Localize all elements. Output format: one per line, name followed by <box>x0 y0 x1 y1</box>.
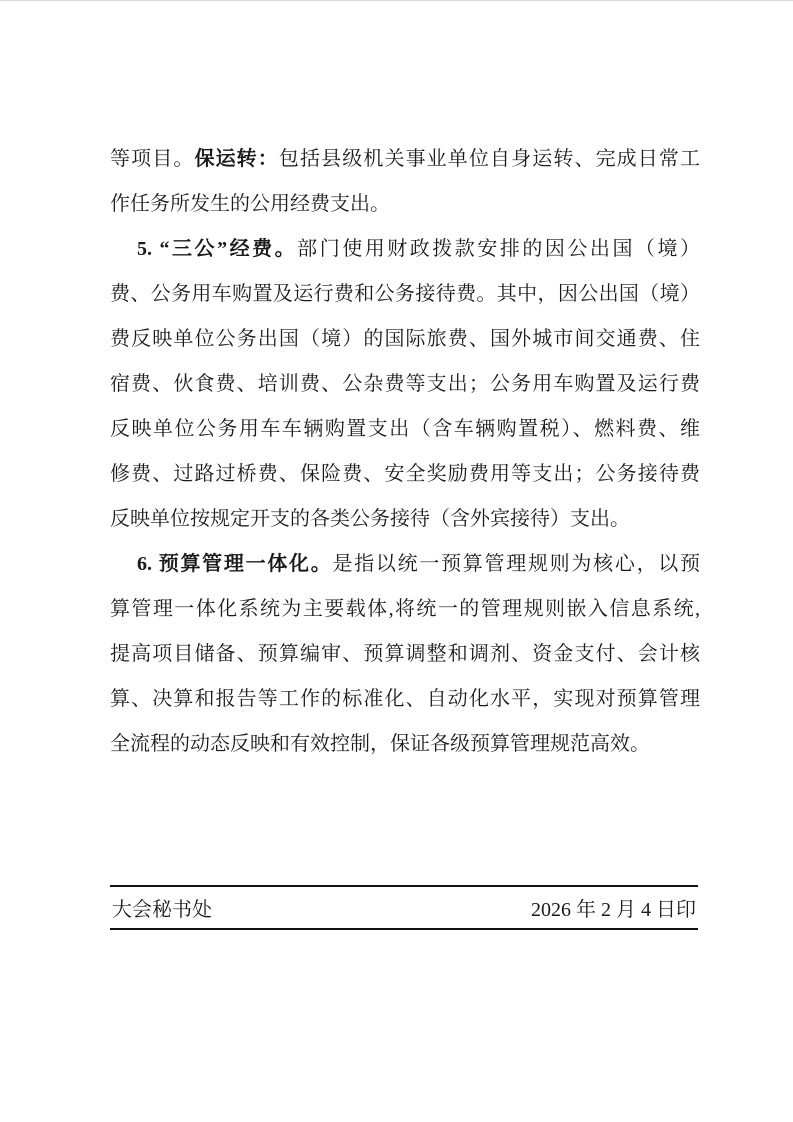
text-run: 全流程的动态反映和有效控制，保证各级预算管理规范高效。 <box>110 733 650 755</box>
paragraph-yusuan-yitihua: 6. 预算管理一体化。是指以统一预算管理规则为核心，以预 算管理一体化系统为主要… <box>110 542 700 767</box>
paragraph-sangong-jingfei: 5. “三公”经费。部门使用财政拨款安排的因公出国（境） 费、公务用车购置及运行… <box>110 227 700 542</box>
text-run: 作任务所发生的公用经费支出。 <box>110 193 390 215</box>
text-line: 作任务所发生的公用经费支出。 <box>110 182 700 227</box>
paragraph-baoyunzhuan: 等项目。保运转：包括县级机关事业单位自身运转、完成日常工 作任务所发生的公用经费… <box>110 137 700 227</box>
text-run: 包括县级机关事业单位自身运转、完成日常工 <box>279 148 700 170</box>
text-line: 宿费、伙食费、培训费、公杂费等支出；公务用车购置及运行费 <box>110 362 700 407</box>
footer-issuer: 大会秘书处 <box>112 893 212 922</box>
text-line: 5. “三公”经费。部门使用财政拨款安排的因公出国（境） <box>110 227 700 272</box>
footer-rule-bottom <box>110 928 698 930</box>
text-run: 等项目。 <box>110 148 194 170</box>
text-line: 提高项目储备、预算编审、预算调整和调剂、资金支付、会计核 <box>110 632 700 677</box>
bold-term: 保运转： <box>194 148 278 170</box>
text-line: 全流程的动态反映和有效控制，保证各级预算管理规范高效。 <box>110 722 700 767</box>
footer-print-date: 2026 年 2 月 4 日印 <box>531 893 696 922</box>
text-run: 提高项目储备、预算编审、预算调整和调剂、资金支付、会计核 <box>110 643 700 665</box>
text-run: 算管理一体化系统为主要载体,将统一的管理规则嵌入信息系统, <box>110 598 700 620</box>
text-run: 费、公务用车购置及运行费和公务接待费。其中，因公出国（境） <box>110 283 700 305</box>
text-line: 等项目。保运转：包括县级机关事业单位自身运转、完成日常工 <box>110 137 700 182</box>
print-footer: 大会秘书处 2026 年 2 月 4 日印 <box>110 885 698 930</box>
text-line: 费反映单位公务出国（境）的国际旅费、国外城市间交通费、住 <box>110 317 700 362</box>
document-body: 等项目。保运转：包括县级机关事业单位自身运转、完成日常工 作任务所发生的公用经费… <box>110 137 700 767</box>
text-line: 费、公务用车购置及运行费和公务接待费。其中，因公出国（境） <box>110 272 700 317</box>
text-run: 是指以统一预算管理规则为核心，以预 <box>332 553 700 575</box>
text-line: 修费、过路过桥费、保险费、安全奖励费用等支出；公务接待费 <box>110 452 700 497</box>
text-run: 宿费、伙食费、培训费、公杂费等支出；公务用车购置及运行费 <box>110 373 700 395</box>
text-run: 费反映单位公务出国（境）的国际旅费、国外城市间交通费、住 <box>110 328 700 350</box>
text-line: 6. 预算管理一体化。是指以统一预算管理规则为核心，以预 <box>110 542 700 587</box>
text-run: 修费、过路过桥费、保险费、安全奖励费用等支出；公务接待费 <box>110 463 700 485</box>
text-line: 算管理一体化系统为主要载体,将统一的管理规则嵌入信息系统, <box>110 587 700 632</box>
text-run: 部门使用财政拨款安排的因公出国（境） <box>297 238 700 260</box>
text-run: 反映单位公务用车车辆购置支出（含车辆购置税）、燃料费、维 <box>110 418 700 440</box>
text-line: 反映单位按规定开支的各类公务接待（含外宾接待）支出。 <box>110 497 700 542</box>
text-run: 反映单位按规定开支的各类公务接待（含外宾接待）支出。 <box>110 508 630 530</box>
bold-term: 6. 预算管理一体化。 <box>137 553 332 575</box>
text-line: 反映单位公务用车车辆购置支出（含车辆购置税）、燃料费、维 <box>110 407 700 452</box>
page-top-edge <box>0 0 793 1</box>
bold-term: 5. “三公”经费。 <box>137 238 297 260</box>
text-run: 算、决算和报告等工作的标准化、自动化水平，实现对预算管理 <box>110 688 700 710</box>
footer-row: 大会秘书处 2026 年 2 月 4 日印 <box>110 887 698 928</box>
text-line: 算、决算和报告等工作的标准化、自动化水平，实现对预算管理 <box>110 677 700 722</box>
document-page: 等项目。保运转：包括县级机关事业单位自身运转、完成日常工 作任务所发生的公用经费… <box>0 0 793 1122</box>
